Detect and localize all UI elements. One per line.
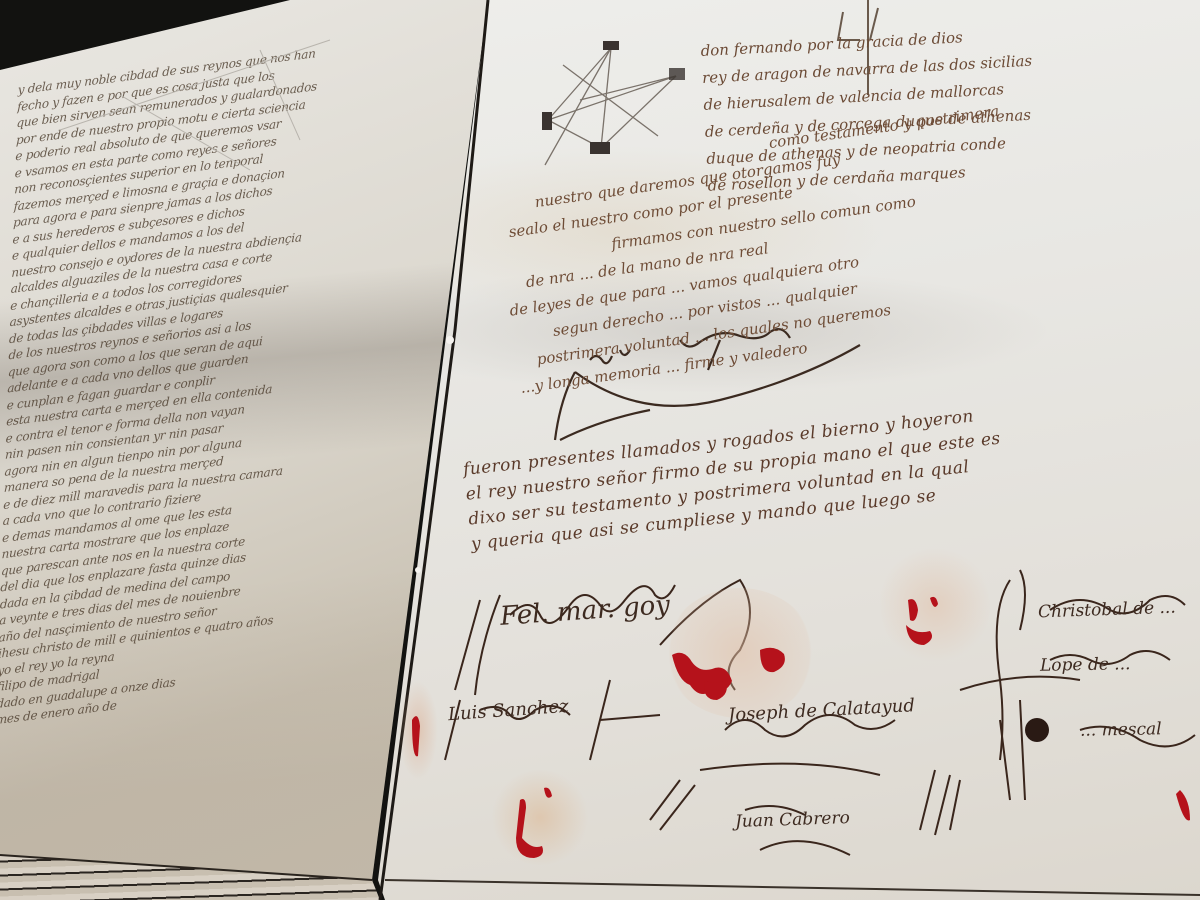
signature-juan-cabrero: Juan Cabrero <box>735 808 850 832</box>
signature-mescal: ... mescal <box>1080 719 1162 740</box>
signature-lope: Lope de ... <box>1040 654 1131 676</box>
manuscript-photo: y dela muy noble cibdad de sus reynos qu… <box>0 0 1200 900</box>
